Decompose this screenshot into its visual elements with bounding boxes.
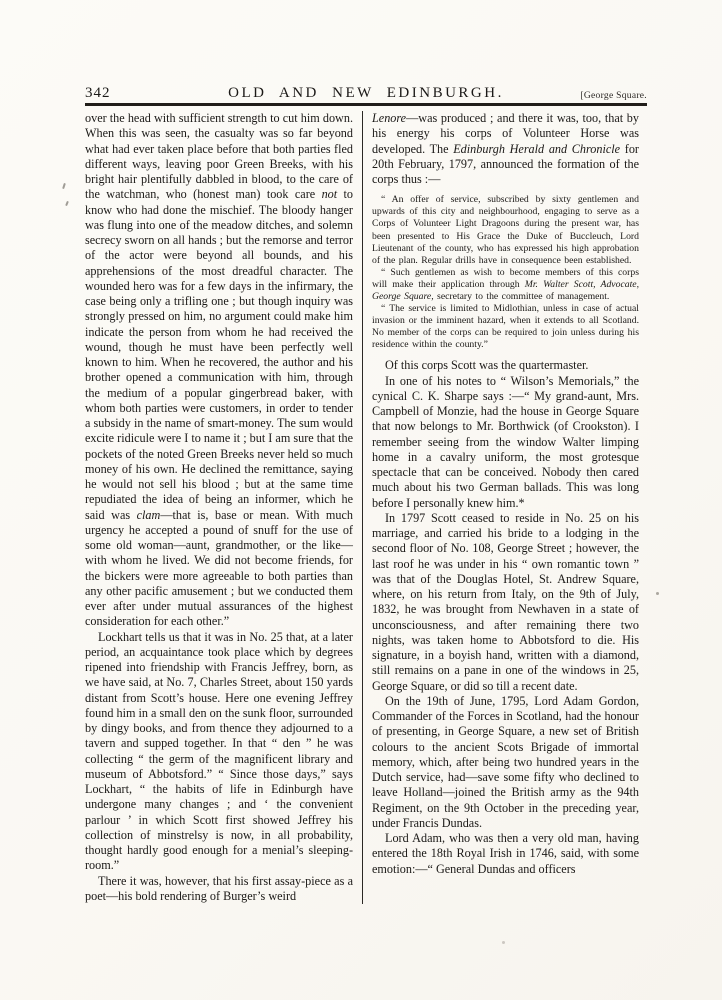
paragraph: Lockhart tells us that it was in No. 25 … [85,630,353,874]
paragraph: Lord Adam, who was then a very old man, … [372,831,639,877]
paragraph: over the head with sufficient strength t… [85,111,353,630]
paragraph: Lenore—was produced ; and there it was, … [372,111,639,187]
paragraph: In 1797 Scott ceased to reside in No. 25… [372,511,639,694]
running-section-label: [George Square. [580,91,647,101]
left-column: over the head with sufficient strength t… [85,111,362,904]
scan-stray-mark [65,201,69,206]
header-rule [85,103,647,106]
paragraph: On the 19th of June, 1795, Lord Adam Gor… [372,694,639,831]
right-column: Lenore—was produced ; and there it was, … [362,111,639,904]
page-header: 342 OLD AND NEW EDINBURGH. [George Squar… [85,82,647,102]
text-columns: over the head with sufficient strength t… [85,111,647,904]
paragraph: “ Such gentlemen as wish to become membe… [372,267,639,303]
paragraph: In one of his notes to “ Wilson’s Memori… [372,374,639,511]
book-page: 342 OLD AND NEW EDINBURGH. [George Squar… [0,0,722,1000]
running-title: OLD AND NEW EDINBURGH. [85,85,647,102]
scan-speck [502,941,505,944]
scan-stray-mark [62,183,66,189]
scan-speck [656,592,659,595]
paragraph: Of this corps Scott was the quartermaste… [372,358,639,373]
paragraph: “ An offer of service, subscribed by six… [372,194,639,267]
paragraph: “ The service is limited to Midlothian, … [372,303,639,351]
paragraph: There it was, however, that his first as… [85,874,353,905]
